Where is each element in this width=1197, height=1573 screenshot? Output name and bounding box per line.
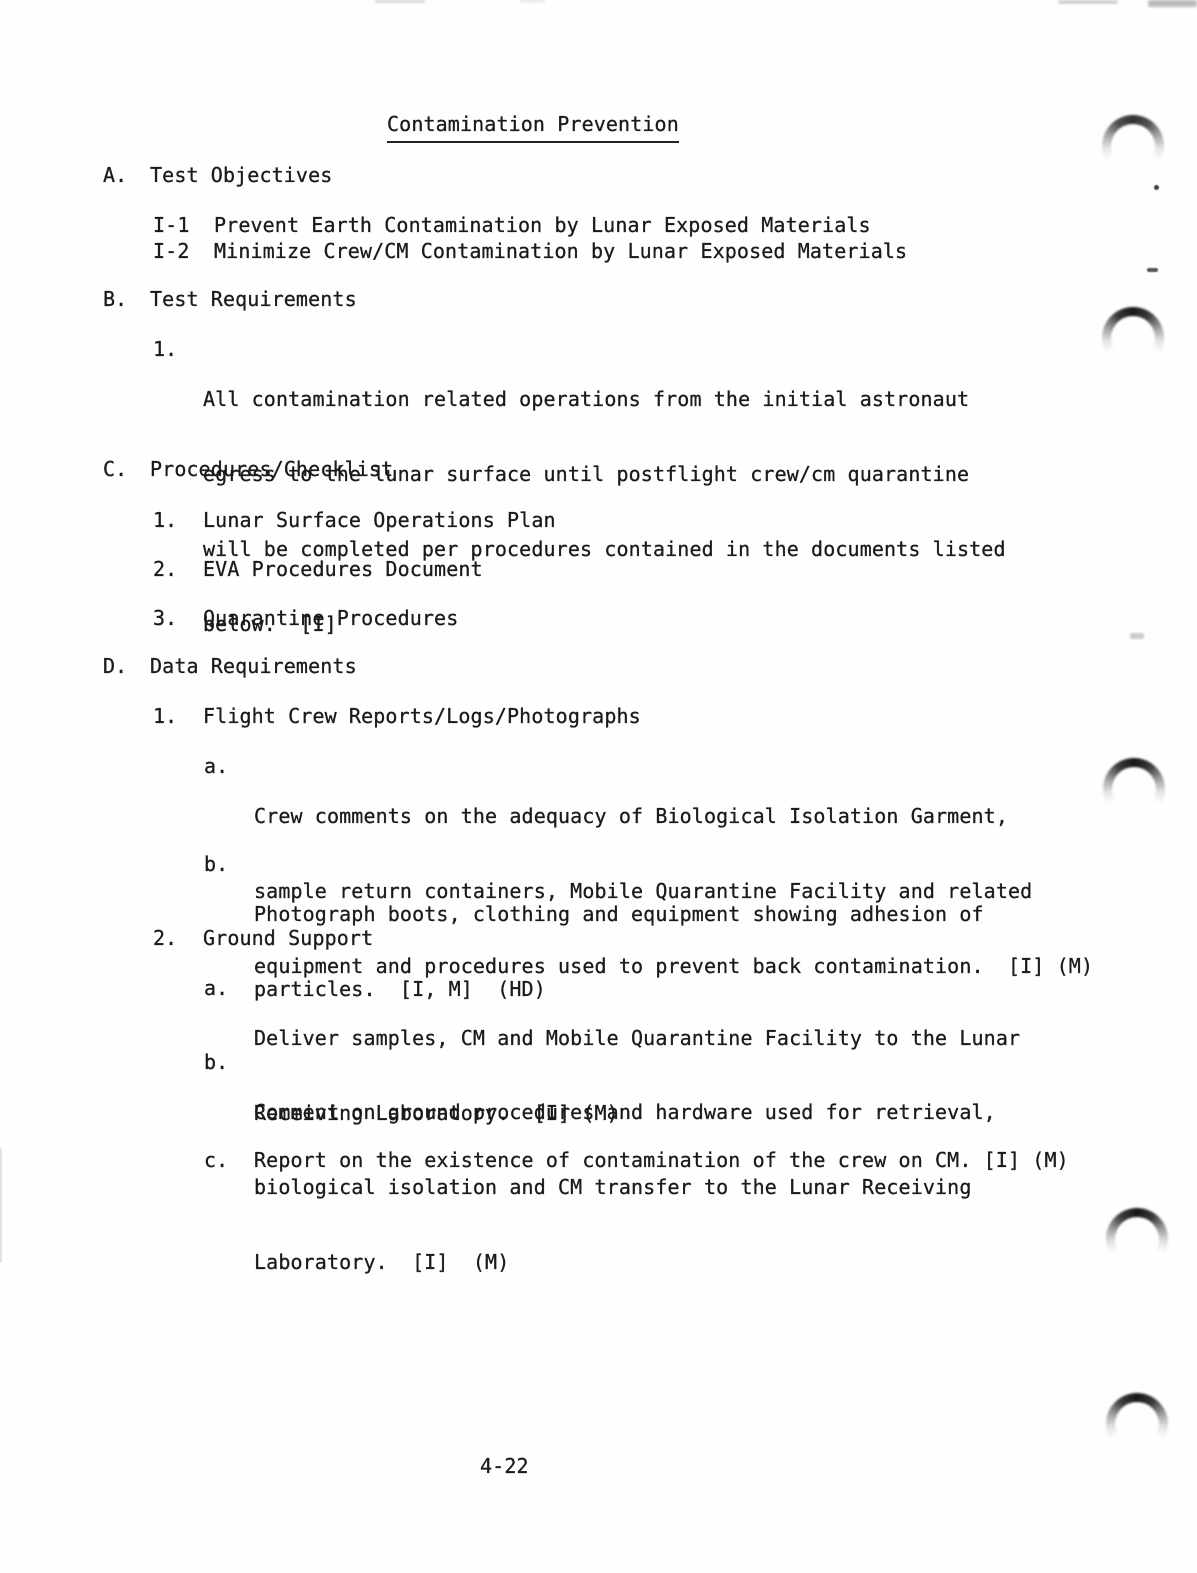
binder-ring-shadow <box>1106 1393 1168 1455</box>
objective-i1-label: I-1 <box>153 213 189 238</box>
text-line: Crew comments on the adequacy of Biologi… <box>254 804 1093 829</box>
objective-i2-text: Minimize Crew/CM Contamination by Lunar … <box>214 239 907 264</box>
item-b1-label: 1. <box>153 337 177 362</box>
scan-smudge <box>0 1148 2 1263</box>
item-d1-text: Flight Crew Reports/Logs/Photographs <box>203 704 641 729</box>
binder-ring-shadow <box>1106 1208 1168 1270</box>
page-number: 4-22 <box>480 1454 529 1479</box>
scan-speck <box>1154 185 1159 190</box>
scan-smudge <box>375 0 425 3</box>
text-line: biological isolation and CM transfer to … <box>254 1175 996 1200</box>
subitem-d2c-label: c. <box>204 1148 228 1173</box>
section-d-heading: Data Requirements <box>150 654 357 679</box>
section-d-label: D. <box>103 654 127 679</box>
item-c2-label: 2. <box>153 557 177 582</box>
scan-smudge <box>1058 0 1118 4</box>
item-d1-label: 1. <box>153 704 177 729</box>
item-c1-text: Lunar Surface Operations Plan <box>203 508 556 533</box>
objective-i2-label: I-2 <box>153 239 189 264</box>
text-line: Photograph boots, clothing and equipment… <box>254 902 984 927</box>
text-line: All contamination related operations fro… <box>203 387 1006 412</box>
page-title: Contamination Prevention <box>387 112 679 143</box>
text-line: Comment on ground procedures and hardwar… <box>254 1100 996 1125</box>
item-c3-text: Quarantine Procedures <box>203 606 458 631</box>
section-a-label: A. <box>103 163 127 188</box>
scan-speck <box>1130 633 1144 639</box>
section-b-label: B. <box>103 287 127 312</box>
text-line: Laboratory. [I] (M) <box>254 1250 996 1275</box>
subitem-d1a-label: a. <box>204 754 228 779</box>
section-c-label: C. <box>103 457 127 482</box>
text-line: Deliver samples, CM and Mobile Quarantin… <box>254 1026 1020 1051</box>
scan-smudge <box>1148 0 1197 7</box>
section-c-heading: Procedures/Checklist <box>150 457 393 482</box>
objective-i1-text: Prevent Earth Contamination by Lunar Exp… <box>214 213 871 238</box>
binder-ring-shadow <box>1102 307 1164 369</box>
subitem-d2b-label: b. <box>204 1050 228 1075</box>
section-a-heading: Test Objectives <box>150 163 332 188</box>
subitem-d2b-text: Comment on ground procedures and hardwar… <box>254 1050 996 1325</box>
subitem-d1b-label: b. <box>204 852 228 877</box>
subitem-d2c-text: Report on the existence of contamination… <box>254 1148 1069 1173</box>
item-d2-text: Ground Support <box>203 926 373 951</box>
document-page: Contamination Prevention A. Test Objecti… <box>0 0 1197 1573</box>
scan-smudge <box>520 0 545 2</box>
item-d2-label: 2. <box>153 926 177 951</box>
item-c1-label: 1. <box>153 508 177 533</box>
page-title-text: Contamination Prevention <box>387 112 679 143</box>
subitem-d2a-label: a. <box>204 976 228 1001</box>
item-c3-label: 3. <box>153 606 177 631</box>
binder-ring-shadow <box>1102 115 1164 177</box>
scan-speck <box>1147 268 1158 272</box>
item-c2-text: EVA Procedures Document <box>203 557 483 582</box>
section-b-heading: Test Requirements <box>150 287 357 312</box>
binder-ring-shadow <box>1103 758 1165 820</box>
